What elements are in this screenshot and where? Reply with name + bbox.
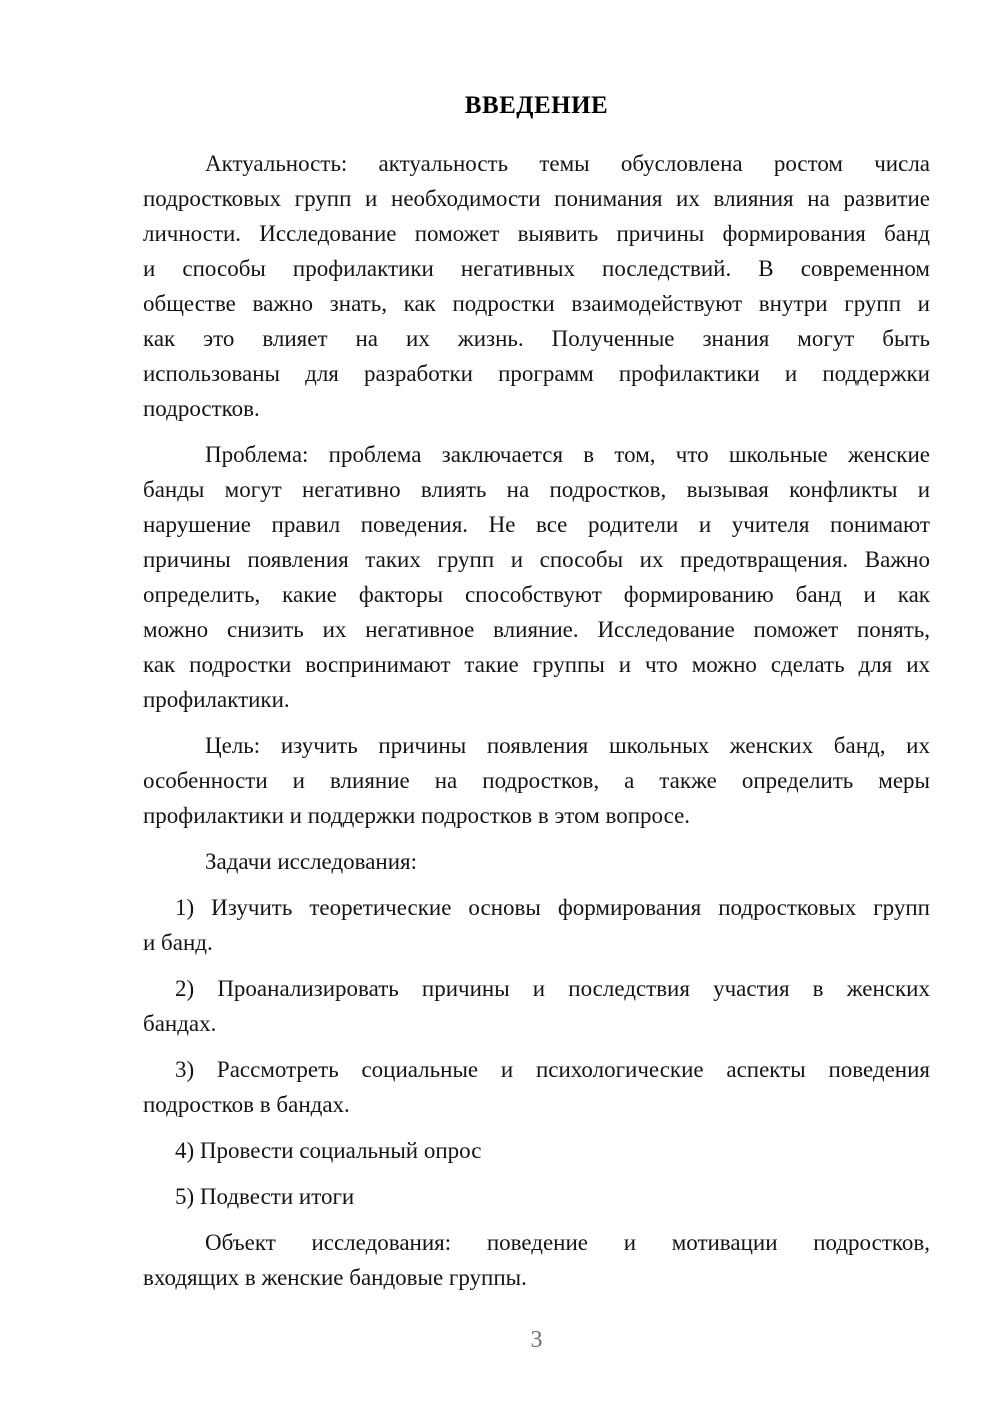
paragraph-line: бандах. [143, 1006, 930, 1041]
paragraph: Актуальность: актуальность темы обусловл… [143, 146, 930, 426]
paragraph-line: и банд. [143, 925, 930, 960]
paragraph-line: подростковых групп и необходимости поним… [143, 181, 930, 216]
paragraph-line: причины появления таких групп и способы … [143, 542, 930, 577]
paragraph-line: подростков. [143, 391, 930, 426]
paragraph-line: Объект исследования: поведение и мотивац… [143, 1225, 930, 1260]
paragraph-line: и способы профилактики негативных послед… [143, 251, 930, 286]
paragraph-line: как подростки воспринимают такие группы … [143, 647, 930, 682]
paragraph-line: как это влияет на их жизнь. Полученные з… [143, 321, 930, 356]
paragraph-line: 3) Рассмотреть социальные и психологичес… [143, 1052, 930, 1087]
paragraph-line: подростков в бандах. [143, 1087, 930, 1122]
paragraph-line: личности. Исследование поможет выявить п… [143, 216, 930, 251]
paragraph: 5) Подвести итоги [143, 1179, 930, 1214]
paragraph-line: особенности и влияние на подростков, а т… [143, 763, 930, 798]
paragraph: Проблема: проблема заключается в том, чт… [143, 437, 930, 717]
paragraph-line: определить, какие факторы способствуют ф… [143, 577, 930, 612]
paragraph: 2) Проанализировать причины и последстви… [143, 971, 930, 1041]
paragraph: Объект исследования: поведение и мотивац… [143, 1225, 930, 1295]
document-body: ВВЕДЕНИЕ Актуальность: актуальность темы… [143, 88, 930, 1306]
paragraph-line: можно снизить их негативное влияние. Исс… [143, 612, 930, 647]
paragraph-line: Цель: изучить причины появления школьных… [143, 728, 930, 763]
paragraph-line: входящих в женские бандовые группы. [143, 1260, 930, 1295]
paragraph-line: использованы для разработки программ про… [143, 356, 930, 391]
paragraph-line: нарушение правил поведения. Не все родит… [143, 507, 930, 542]
page-title: ВВЕДЕНИЕ [143, 88, 930, 124]
paragraph: 3) Рассмотреть социальные и психологичес… [143, 1052, 930, 1122]
paragraph-line: Проблема: проблема заключается в том, чт… [143, 437, 930, 472]
paragraph-line: 5) Подвести итоги [143, 1179, 930, 1214]
paragraph-line: 2) Проанализировать причины и последстви… [143, 971, 930, 1006]
paragraph: 1) Изучить теоретические основы формиров… [143, 890, 930, 960]
paragraph-line: Задачи исследования: [143, 844, 930, 879]
document-page: ВВЕДЕНИЕ Актуальность: актуальность темы… [0, 0, 1000, 1414]
paragraph: Задачи исследования: [143, 844, 930, 879]
paragraph-line: 4) Провести социальный опрос [143, 1133, 930, 1168]
paragraph: 4) Провести социальный опрос [143, 1133, 930, 1168]
paragraph-line: профилактики. [143, 682, 930, 717]
paragraph-line: Актуальность: актуальность темы обусловл… [143, 146, 930, 181]
paragraph: Цель: изучить причины появления школьных… [143, 728, 930, 833]
page-number: 3 [143, 1326, 930, 1354]
paragraph-line: банды могут негативно влиять на подростк… [143, 472, 930, 507]
paragraph-line: профилактики и поддержки подростков в эт… [143, 798, 930, 833]
paragraph-line: 1) Изучить теоретические основы формиров… [143, 890, 930, 925]
paragraph-line: обществе важно знать, как подростки взаи… [143, 286, 930, 321]
